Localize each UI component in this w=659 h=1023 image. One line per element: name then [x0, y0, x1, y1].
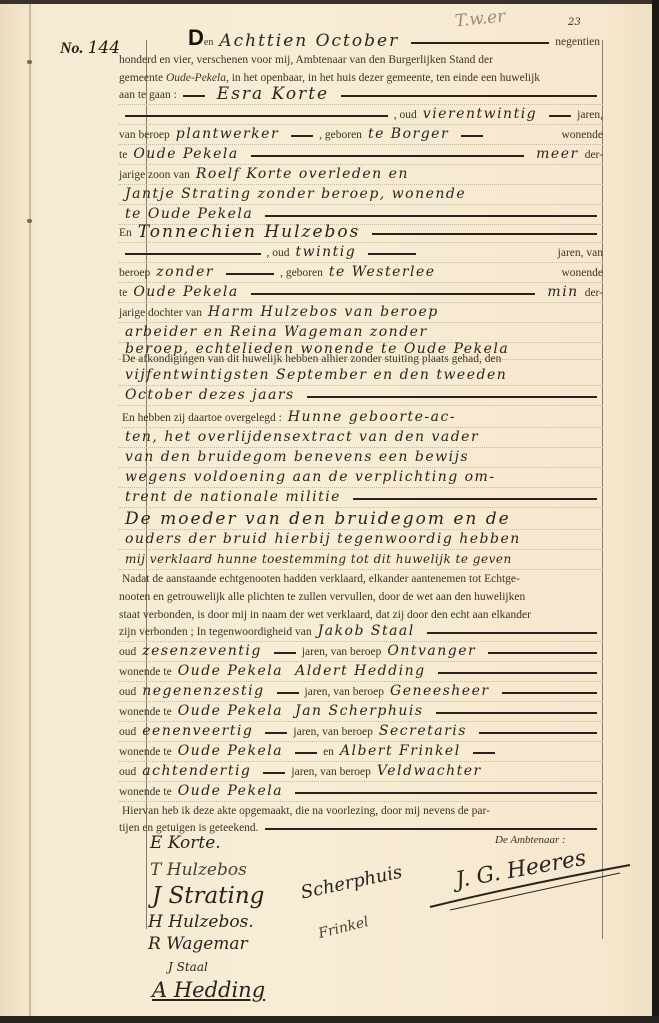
printed-text: , oud	[267, 247, 290, 259]
signature-bride-father: H Hulzebos.	[148, 912, 254, 932]
margin-note: T.w.er	[454, 6, 506, 31]
printed-text: oud	[119, 646, 136, 658]
fill-line	[265, 732, 287, 734]
page-edge-bottom	[0, 1016, 659, 1023]
bride-residence: Oude Pekela	[127, 285, 244, 299]
record-number-value: 144	[88, 38, 120, 58]
signature-witness-1: J Staal	[168, 960, 208, 974]
printed-text: En	[119, 227, 132, 239]
witness-2-age: negenenzestig	[136, 684, 270, 698]
fill-line	[436, 712, 597, 714]
fill-line	[372, 233, 597, 235]
line-consent-2: ouders der bruid hierbij tegenwoordig he…	[119, 528, 603, 550]
witness-2-residence: Oude Pekela	[172, 704, 289, 718]
signature-bride-mother: R Wagemar	[148, 934, 248, 954]
witness-3-residence: Oude Pekela	[172, 744, 289, 758]
page-number: 23	[568, 17, 581, 28]
printed-text: wonende te	[119, 746, 172, 758]
line-groom-age: , oud vierentwintig jaren,	[119, 103, 603, 125]
witness-4-age: achtendertig	[136, 764, 257, 778]
printed-text: oud	[119, 766, 136, 778]
fill-line	[502, 692, 597, 694]
fill-line	[411, 42, 549, 44]
fill-line	[461, 135, 483, 137]
line-witness-3-details: oud eenenveertig jaren, van beroep Secre…	[119, 720, 603, 742]
parental-consent: ouders der bruid hierbij tegenwoordig he…	[119, 532, 527, 546]
line-groom-occupation: van beroep plantwerker , geboren te Borg…	[119, 123, 603, 145]
line-bride-name: En Tonnechien Hulzebos	[119, 221, 603, 243]
fill-line	[427, 632, 597, 634]
line-documents-4: wegens voldoening aan de verplichting om…	[119, 466, 603, 488]
binding-spine	[29, 4, 31, 1017]
printed-text: aan te gaan :	[119, 89, 177, 101]
witness-3-name: Jan Scherphuis	[289, 704, 430, 718]
line-witness-4-details: oud achtendertig jaren, van beroep Veldw…	[119, 760, 603, 782]
printed-text: beroep	[119, 267, 150, 279]
line-consent-1: De moeder van den bruidegom en de	[119, 508, 603, 530]
groom-parents: te Oude Pekela	[119, 207, 259, 221]
line-banns-2: October dezes jaars	[119, 384, 603, 406]
fill-line	[251, 155, 524, 157]
line-groom-residence: te Oude Pekela meer der-	[119, 143, 603, 165]
fill-line	[368, 253, 416, 255]
printed-text: der-	[585, 149, 603, 161]
fill-line	[353, 498, 597, 500]
signature-bride: T Hulzebos	[150, 860, 247, 880]
line-bride-parents-1: jarige dochter van Harm Hulzebos van ber…	[119, 301, 603, 323]
drop-cap: D	[188, 28, 204, 48]
bride-occupation: zonder	[150, 265, 220, 279]
groom-name: Esra Korte	[211, 87, 335, 101]
printed-text: te	[119, 287, 127, 299]
official-label: De Ambtenaar :	[495, 834, 566, 846]
printed-text: oud	[119, 726, 136, 738]
fill-line	[125, 115, 388, 117]
scanned-page: No.144 T.w.er 23 D en Achttien October n…	[0, 0, 659, 1023]
signature-groom-mother: J Strating	[152, 883, 264, 909]
line-witness-2-residence: wonende te Oude Pekela Jan Scherphuis	[119, 700, 603, 722]
bride-birthplace: te Westerlee	[323, 265, 442, 279]
printed-text: jarige zoon van	[119, 169, 190, 181]
record-number-label: No.	[60, 40, 84, 57]
witness-3-occupation: Secretaris	[373, 724, 473, 738]
printed-text: zijn verbonden ; In tegenwoordigheid van	[119, 626, 312, 638]
printed-text: , geboren	[280, 267, 323, 279]
printed-text: jaren, van	[558, 247, 603, 259]
printed-text: jarige dochter van	[119, 307, 202, 319]
line-witness-1-name: zijn verbonden ; In tegenwoordigheid van…	[119, 620, 603, 642]
fill-line	[307, 396, 597, 398]
line-witness-1-details: oud zesenzeventig jaren, van beroep Ontv…	[119, 640, 603, 662]
printed-text: wonende	[561, 267, 603, 279]
date-handwritten: Achttien October	[213, 34, 405, 48]
line-groom-parents-1: jarige zoon van Roelf Korte overleden en	[119, 163, 603, 185]
printed-text: oud	[119, 686, 136, 698]
fill-line	[263, 772, 285, 774]
groom-parents: Roelf Korte overleden en	[190, 167, 415, 181]
documents-presented: Hunne geboorte-ac-	[282, 410, 462, 424]
fill-line	[291, 135, 313, 137]
bride-parents: arbeider en Reina Wageman zonder	[119, 325, 434, 339]
line-witness-3-residence: wonende te Oude Pekela en Albert Frinkel	[119, 740, 603, 762]
printed-text: en	[323, 746, 334, 758]
groom-age: vierentwintig	[417, 107, 543, 121]
printed-text: wonende te	[119, 666, 172, 678]
fill-line	[265, 215, 597, 217]
line-groom-parents-2: Jantje Strating zonder beroep, wonende	[119, 183, 603, 205]
fill-line	[341, 95, 597, 97]
printed-text: En hebben zij daartoe overgelegd :	[122, 412, 282, 424]
witness-2-occupation: Geneesheer	[384, 684, 496, 698]
printed-text: wonende	[561, 129, 603, 141]
witness-2-name: Aldert Hedding	[289, 664, 431, 678]
fill-line	[479, 732, 597, 734]
printed-text: jaren, van beroep	[293, 726, 373, 738]
bride-parents: Harm Hulzebos van beroep	[202, 305, 445, 319]
printed-text: jaren, van beroep	[302, 646, 382, 658]
witness-4-residence: Oude Pekela	[172, 784, 289, 798]
groom-occupation: plantwerker	[170, 127, 285, 141]
groom-majority: meer	[530, 147, 585, 161]
fill-line	[274, 652, 296, 654]
printed-text: jaren,	[577, 109, 603, 121]
line-documents-3: van den bruidegom benevens een bewijs	[119, 446, 603, 468]
fill-line	[265, 828, 597, 830]
witness-1-name: Jakob Staal	[312, 624, 421, 638]
documents-presented: trent de nationale militie	[119, 490, 347, 504]
signature-groom: E Korte.	[150, 833, 221, 853]
printed-text: , geboren	[319, 129, 362, 141]
line-groom-name: aan te gaan : Esra Korte	[119, 83, 603, 105]
banns-dates: vijfentwintigsten September en den tweed…	[119, 368, 513, 382]
fill-line	[549, 115, 571, 117]
line-witness-2-details: oud negenenzestig jaren, van beroep Gene…	[119, 680, 603, 702]
fill-line	[183, 95, 205, 97]
banns-dates: October dezes jaars	[119, 388, 301, 402]
line-bride-age: , oud twintig jaren, van	[119, 241, 603, 263]
fill-line	[488, 652, 597, 654]
line-documents-2: ten, het overlijdensextract van den vade…	[119, 426, 603, 448]
witness-4-name: Albert Frinkel	[334, 744, 467, 758]
groom-birthplace: te Borger	[362, 127, 455, 141]
printed-text: jaren, van beroep	[305, 686, 385, 698]
binding-stitch	[27, 60, 32, 64]
fill-line	[473, 752, 495, 754]
record-number: No.144	[60, 38, 120, 58]
fill-line	[251, 293, 536, 295]
printed-text: wonende te	[119, 786, 172, 798]
printed-text: te	[119, 149, 127, 161]
printed-text: wonende te	[119, 706, 172, 718]
line-documents-1: En hebben zij daartoe overgelegd : Hunne…	[122, 406, 603, 428]
witness-1-occupation: Ontvanger	[381, 644, 482, 658]
groom-parents: Jantje Strating zonder beroep, wonende	[119, 187, 472, 201]
line-banns-1: vijfentwintigsten September en den tweed…	[119, 364, 603, 386]
witness-4-occupation: Veldwachter	[371, 764, 488, 778]
fill-line	[438, 672, 597, 674]
line-bride-residence: te Oude Pekela min der-	[119, 281, 603, 303]
line-witness-1-residence: wonende te Oude Pekela Aldert Hedding	[119, 660, 603, 682]
parental-consent: De moeder van den bruidegom en de	[119, 512, 517, 526]
signature-witness-2: A Hedding	[152, 978, 265, 1002]
printed-text: jaren, van beroep	[291, 766, 371, 778]
fill-line	[295, 792, 597, 794]
documents-presented: van den bruidegom benevens een bewijs	[119, 450, 475, 464]
page-edge-right	[652, 0, 659, 1023]
witness-1-age: zesenzeventig	[136, 644, 268, 658]
fill-line	[277, 692, 299, 694]
witness-1-residence: Oude Pekela	[172, 664, 289, 678]
printed-text: van beroep	[119, 129, 170, 141]
official-flourish	[420, 855, 640, 915]
fill-line	[295, 752, 317, 754]
witness-3-age: eenenveertig	[136, 724, 259, 738]
parental-consent: mij verklaard hunne toestemming tot dit …	[119, 552, 518, 566]
printed-text: der-	[585, 287, 603, 299]
groom-residence: Oude Pekela	[127, 147, 244, 161]
bride-majority: min	[541, 285, 584, 299]
documents-presented: ten, het overlijdensextract van den vade…	[119, 430, 485, 444]
line-documents-5: trent de nationale militie	[119, 486, 603, 508]
documents-presented: wegens voldoening aan de verplichting om…	[119, 470, 502, 484]
bride-name: Tonnechien Hulzebos	[132, 225, 367, 239]
bride-age: twintig	[290, 245, 363, 259]
frame-line-left-lower	[146, 824, 147, 929]
fill-line	[226, 273, 274, 275]
fill-line	[125, 253, 261, 255]
binding-stitch	[27, 219, 32, 223]
printed-text: , oud	[394, 109, 417, 121]
line-bride-occupation: beroep zonder , geboren te Westerlee won…	[119, 261, 603, 283]
